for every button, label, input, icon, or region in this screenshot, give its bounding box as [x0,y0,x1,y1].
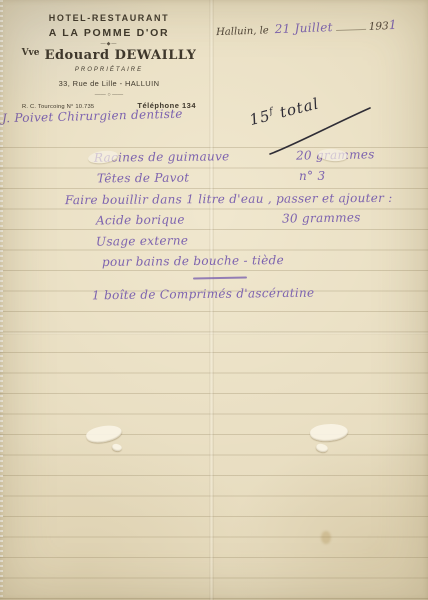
prescription-line-7: 1 boîte de Comprimés d'ascératine [92,286,315,303]
letterhead-address: 33, Rue de Lille - HALLUIN [20,79,198,88]
printed-year: 193 [369,20,389,33]
dateline: Halluin, le 21 Juillet 193 1 [216,17,397,38]
proprietor-prefix: Vve [22,48,40,58]
proprietor-title: PROPRIÉTAIRE [20,67,198,73]
prescription-value-4: 30 grammes [282,210,361,225]
fold-crease-horizontal [0,331,428,335]
prescription-line-6: pour bains de bouche - tiède [102,253,284,269]
handwritten-date: 21 Juillet [274,20,333,36]
letterhead-category: HOTEL-RESTAURANT [20,13,198,23]
ornament-icon: —◆— [20,41,198,47]
perforated-edge [0,0,3,600]
proprietor-name: Edouard DEWAILLY [45,48,197,63]
proprietor-line: Vve Edouard DEWAILLY [20,48,198,63]
prescription-value-2: n° 3 [299,169,325,183]
scanned-document-paper: HOTEL-RESTAURANT A LA POMME D'OR —◆— Vve… [0,0,428,600]
handwritten-year-digit: 1 [388,17,396,32]
letterhead-name: A LA POMME D'OR [20,27,198,39]
printed-place: Halluin, le [216,25,269,38]
paper-stain [321,531,331,544]
prescription-line-5: Usage externe [96,233,188,248]
prescription-line-2: Têtes de Pavot [97,171,190,186]
total-currency-sup: f [268,106,275,117]
prescription-line-3: Faire bouillir dans 1 litre d'eau , pass… [65,191,393,207]
year-fill-line [336,29,366,31]
prescription-line-4: Acide borique [96,213,185,228]
ruled-lines [0,147,428,600]
divider-ornament-icon: —— ○ —— [20,92,198,98]
